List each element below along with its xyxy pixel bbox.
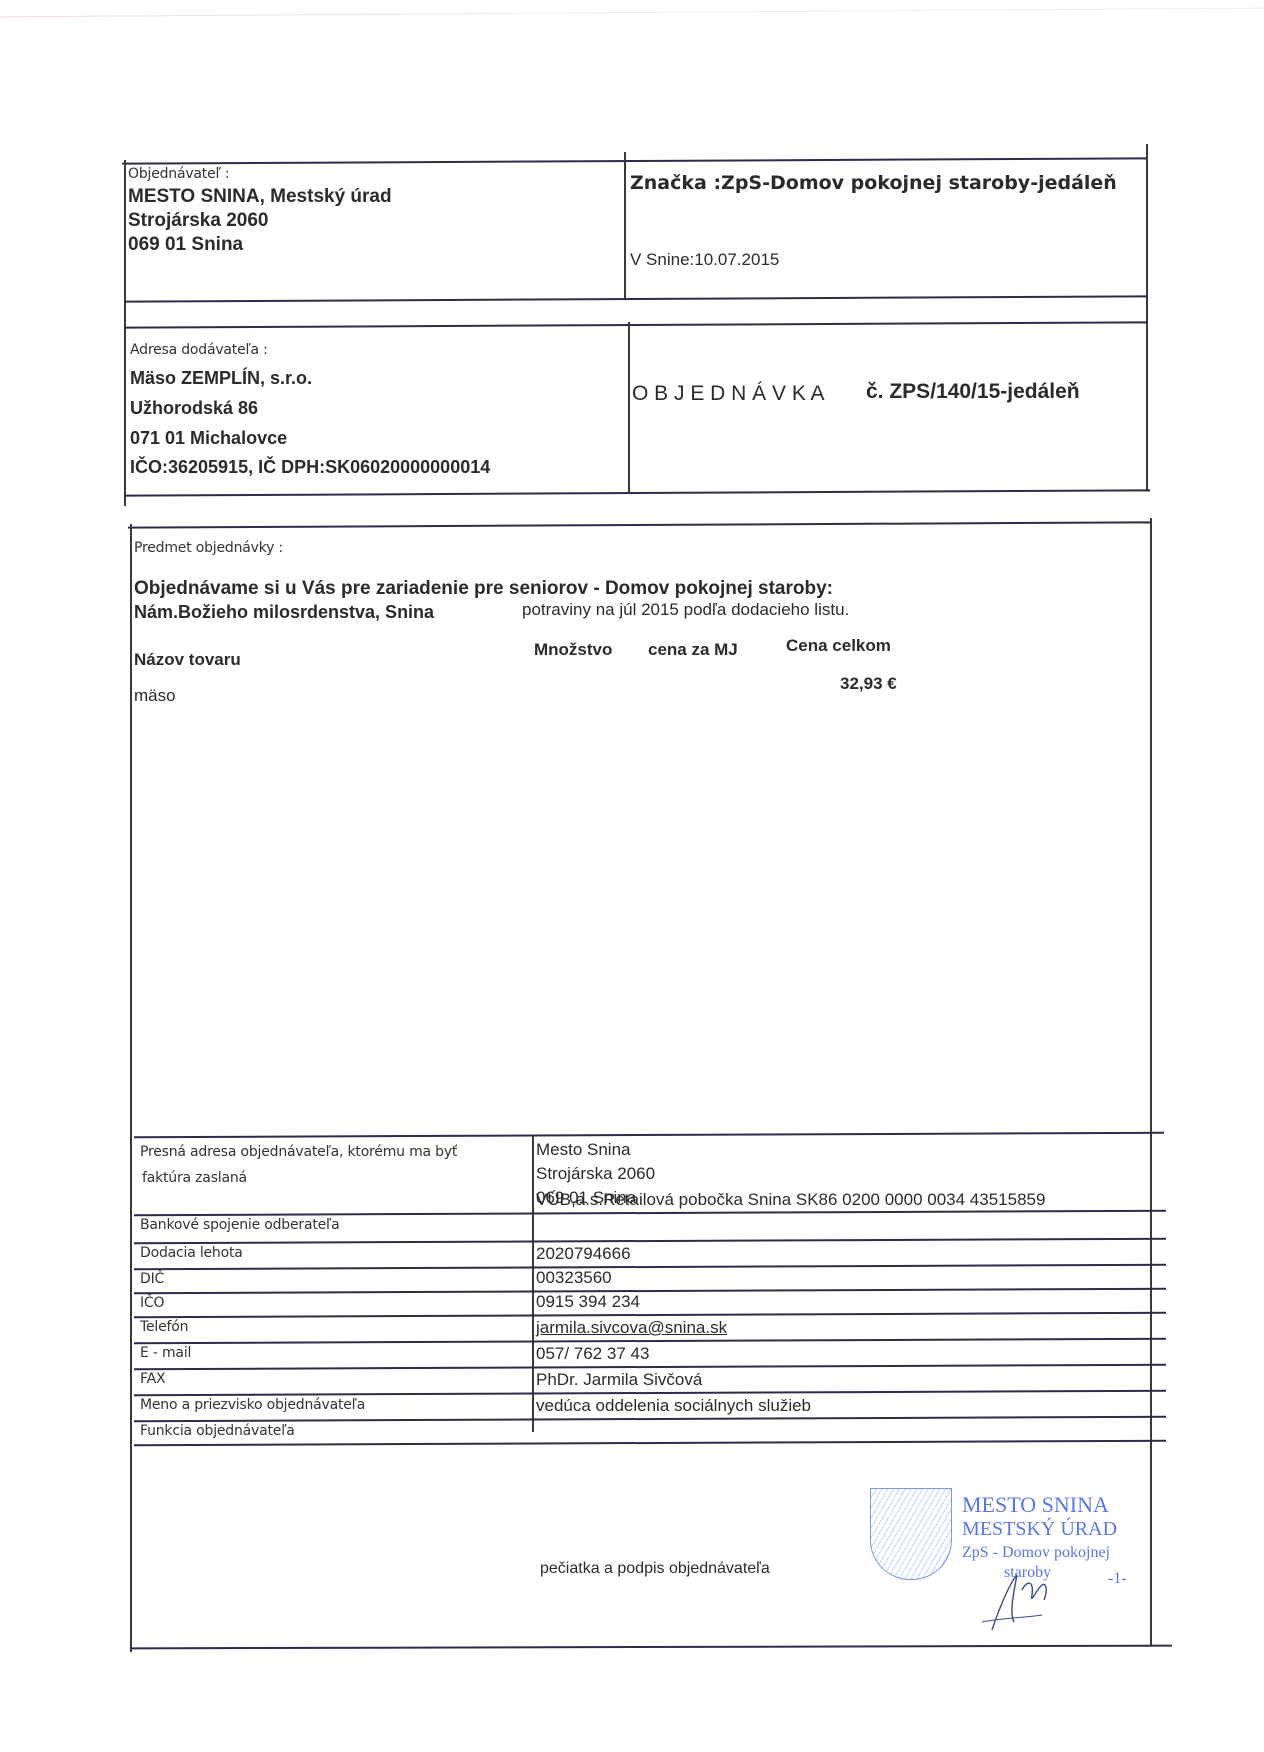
details-row-divider <box>134 1416 1166 1423</box>
supplier-bottom-border <box>124 489 1150 496</box>
subject-bottom-border <box>130 1645 1172 1650</box>
stamp-line-2: MESTSKÝ ÚRAD <box>962 1518 1117 1541</box>
details-row-value: 00323560 <box>536 1268 612 1288</box>
details-row-label: IČO <box>140 1295 164 1311</box>
subject-location: Nám.Božieho milosrdenstva, Snina <box>134 602 434 623</box>
details-row-value: 2020794666 <box>536 1244 631 1264</box>
order-date: V Snine:10.07.2015 <box>630 250 779 270</box>
supplier-city: 071 01 Michalovce <box>130 428 287 449</box>
top-separator-2 <box>124 321 1148 328</box>
details-divider <box>532 1136 534 1432</box>
invoice-address-line-1: Mesto Snina <box>536 1140 631 1160</box>
column-unit-price: cena za MJ <box>648 640 738 660</box>
details-bottom-border <box>134 1440 1166 1447</box>
details-top-border <box>134 1132 1164 1138</box>
details-row-value: vedúca oddelenia sociálnych služieb <box>536 1396 811 1416</box>
details-row-divider <box>134 1210 1166 1217</box>
details-row-label: Dodacia lehota <box>140 1245 243 1261</box>
email-link[interactable]: jarmila.sivcova@snina.sk <box>536 1318 727 1338</box>
item-total: 32,93 € <box>840 674 897 694</box>
stamp-line-1: MESTO SNINA <box>962 1492 1109 1518</box>
invoice-address-label: Presná adresa objednávateľa, ktorému ma … <box>140 1144 457 1160</box>
subject-intro: Objednávame si u Vás pre zariadenie pre … <box>134 578 833 600</box>
subject-top-border <box>128 521 1150 528</box>
item-name: mäso <box>134 686 176 706</box>
column-item-name: Názov tovaru <box>134 650 241 670</box>
subject-label: Predmet objednávky : <box>134 540 283 556</box>
details-row-label: Meno a priezvisko objednávateľa <box>140 1397 365 1413</box>
details-row-divider <box>134 1338 1166 1345</box>
invoice-address-label-cont: faktúra zaslaná <box>142 1170 247 1186</box>
details-row-divider <box>134 1264 1166 1271</box>
details-row-value: PhDr. Jarmila Sivčová <box>536 1370 702 1390</box>
details-row-value: 057/ 762 37 43 <box>536 1344 649 1364</box>
details-row-value: VÚB,a.s.Retailová pobočka Snina SK86 020… <box>536 1190 1045 1210</box>
supplier-name: Mäso ZEMPLÍN, s.r.o. <box>130 368 312 389</box>
order-title: O B J E D N Á V K A <box>632 382 825 406</box>
mark-text: Značka :ZpS-Domov pokojnej staroby-jedál… <box>630 172 1117 194</box>
orderer-label: Objednávateľ : <box>128 166 229 182</box>
details-row-value: 0915 394 234 <box>536 1292 640 1312</box>
top-right-border <box>1146 144 1148 490</box>
order-number: č. ZPS/140/15-jedáleň <box>866 380 1080 404</box>
orderer-name: MESTO SNINA, Mestský úrad <box>128 186 392 208</box>
supplier-divider <box>628 322 630 494</box>
column-total: Cena celkom <box>786 636 891 656</box>
details-row-label: Funkcia objednávateľa <box>140 1423 295 1439</box>
top-border <box>122 157 1148 164</box>
details-row-divider <box>134 1288 1166 1295</box>
supplier-label: Adresa dodávateľa : <box>130 342 268 358</box>
subject-right-border <box>1150 518 1152 1646</box>
details-row-label: Bankové spojenie odberateľa <box>140 1217 339 1233</box>
column-quantity: Množstvo <box>534 640 612 660</box>
details-row-label: DIČ <box>140 1271 164 1287</box>
details-row-label: Telefón <box>140 1319 188 1335</box>
subject-description: potraviny na júl 2015 podľa dodacieho li… <box>522 600 849 620</box>
top-separator-1 <box>124 295 1148 302</box>
subject-left-border <box>130 524 132 1652</box>
page-mark: -1- <box>1108 1570 1127 1588</box>
top-left-border <box>124 160 126 506</box>
stamp-emblem <box>870 1488 952 1580</box>
orderer-city: 069 01 Snina <box>128 234 243 256</box>
supplier-ids: IČO:36205915, IČ DPH:SK06020000000014 <box>130 457 490 478</box>
top-divider <box>624 152 626 300</box>
details-row-label: FAX <box>140 1371 165 1387</box>
supplier-street: Užhorodská 86 <box>130 398 258 419</box>
signature-scribble <box>972 1560 1082 1640</box>
orderer-street: Strojárska 2060 <box>128 210 269 232</box>
details-row-divider <box>134 1238 1166 1245</box>
signature-caption: pečiatka a podpis objednávateľa <box>540 1560 770 1578</box>
scan-artifact <box>0 8 1264 18</box>
invoice-address-line-2: Strojárska 2060 <box>536 1164 655 1184</box>
details-row-label: E - mail <box>140 1345 191 1361</box>
